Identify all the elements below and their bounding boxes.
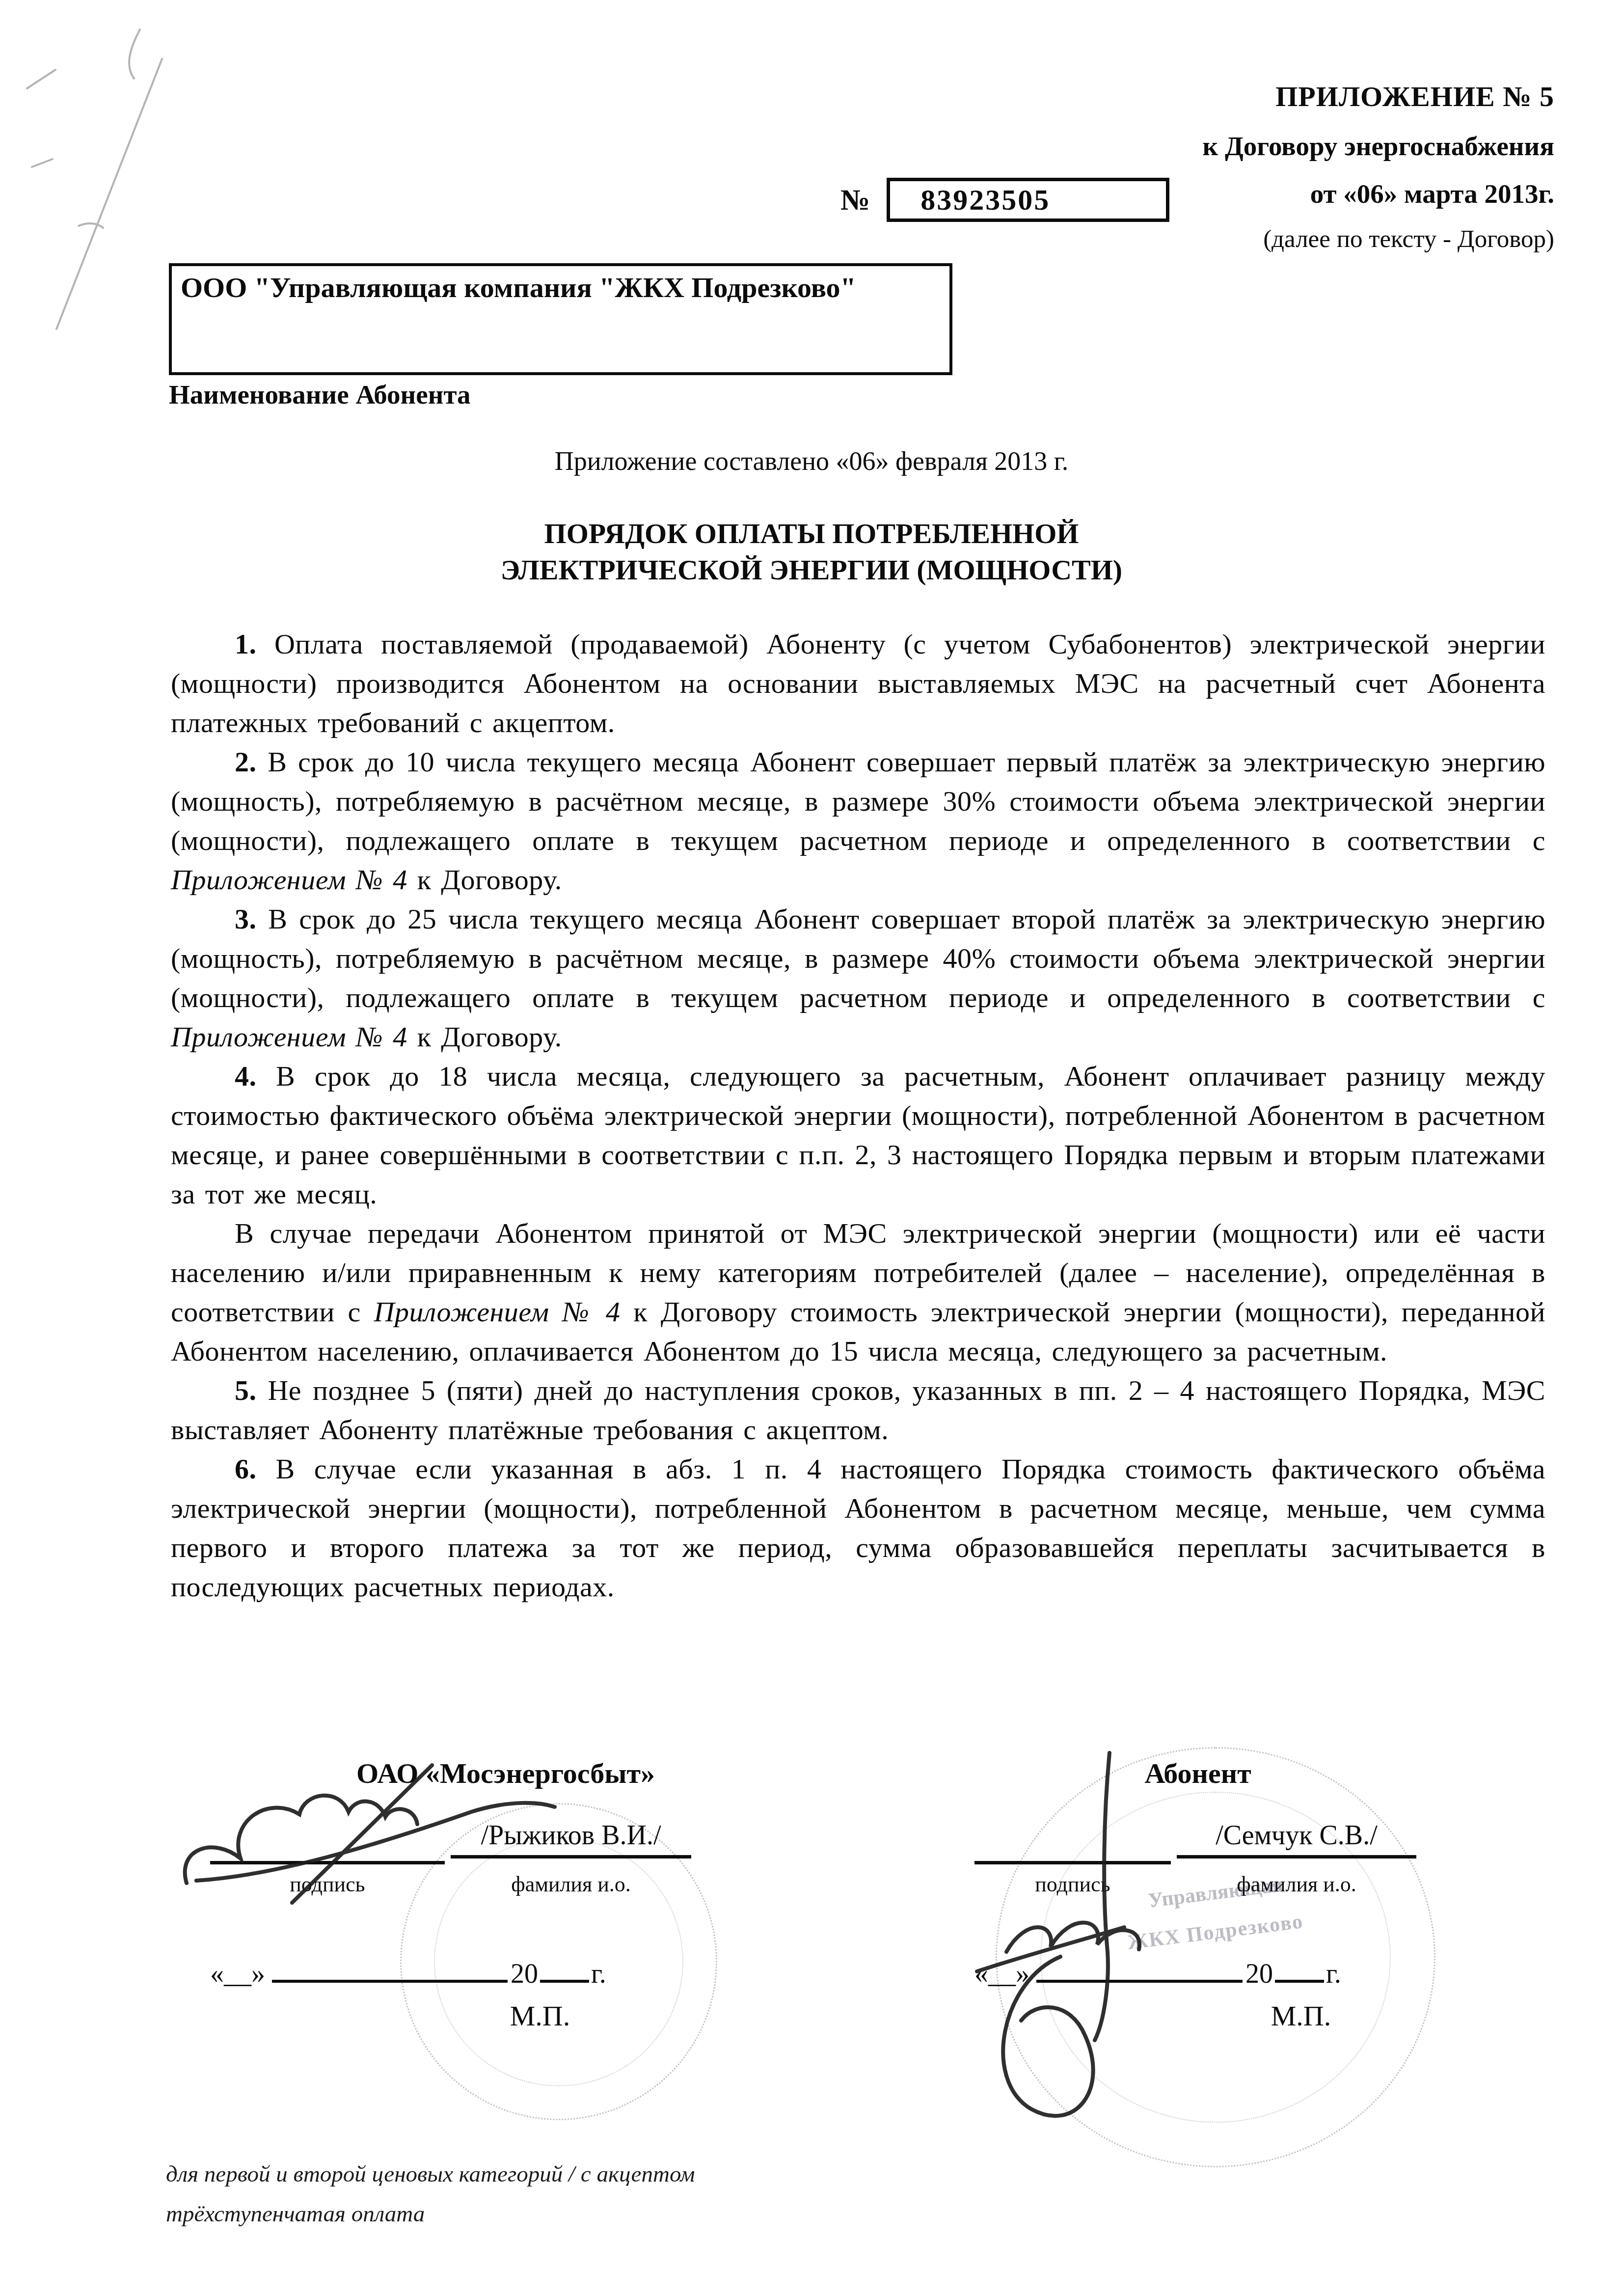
- signature-left: [167, 1758, 668, 1905]
- paragraph-number: 4.: [235, 1060, 257, 1092]
- footer-note-line1: для первой и второй ценовых категорий / …: [166, 2155, 695, 2194]
- date-open: «__»: [210, 1959, 265, 1989]
- contract-reference: к Договору энергоснабжения: [1203, 133, 1554, 160]
- footer-note: для первой и второй ценовых категорий / …: [166, 2155, 695, 2234]
- contract-note: (далее по тексту - Договор): [1203, 227, 1554, 252]
- paragraph: 6. В случае если указанная в абз. 1 п. 4…: [171, 1449, 1545, 1607]
- doc-title-line2: ЭЛЕКТРИЧЕСКОЙ ЭНЕРГИИ (МОЩНОСТИ): [0, 552, 1623, 588]
- document-page: ПРИЛОЖЕНИЕ № 5 к Договору энергоснабжени…: [0, 0, 1623, 2296]
- subscriber-name-box: ООО "Управляющая компания "ЖКХ Подрезков…: [169, 263, 952, 375]
- paragraph: 2. В срок до 10 числа текущего месяца Аб…: [171, 742, 1545, 900]
- body-text: 1. Оплата поставляемой (продаваемой) Або…: [171, 625, 1545, 1607]
- contract-date: от «06» марта 2013г.: [1203, 180, 1554, 207]
- doc-title-line1: ПОРЯДОК ОПЛАТЫ ПОТРЕБЛЕННОЙ: [0, 516, 1623, 552]
- paragraph-number: 2.: [235, 746, 257, 778]
- compiled-line: Приложение составлено «06» февраля 2013 …: [0, 446, 1623, 476]
- paragraph-number: 6.: [235, 1453, 257, 1485]
- seal-label-right: М.П.: [1227, 1999, 1375, 2032]
- paragraph: 4. В срок до 18 числа месяца, следующего…: [171, 1057, 1545, 1214]
- paragraph: 5. Не позднее 5 (пяти) дней до наступлен…: [171, 1371, 1545, 1449]
- date-year: 20: [511, 1959, 538, 1989]
- paragraph: 3. В срок до 25 числа текущего месяца Аб…: [171, 900, 1545, 1057]
- contract-number: 83923505: [920, 183, 1050, 217]
- doc-title: ПОРЯДОК ОПЛАТЫ ПОТРЕБЛЕННОЙ ЭЛЕКТРИЧЕСКО…: [0, 516, 1623, 588]
- header-block: ПРИЛОЖЕНИЕ № 5 к Договору энергоснабжени…: [1203, 82, 1554, 252]
- paragraph-number: 3.: [235, 903, 257, 935]
- contract-number-row: № 83923505: [840, 178, 1169, 222]
- date-blank: [272, 1974, 508, 1983]
- signature-right: [947, 1746, 1222, 2153]
- subscriber-caption: Наименование Абонента: [169, 379, 471, 410]
- paragraph-number: 5.: [235, 1374, 257, 1406]
- date-blank: [540, 1974, 589, 1983]
- contract-number-box: 83923505: [887, 178, 1169, 222]
- date-blank: [1275, 1974, 1324, 1983]
- paragraph: 1. Оплата поставляемой (продаваемой) Або…: [171, 625, 1545, 742]
- footer-note-line2: трёхступенчатая оплата: [166, 2194, 695, 2234]
- date-year: 20: [1245, 1959, 1273, 1989]
- date-line-left: «__»20г.: [210, 1958, 606, 1990]
- date-suffix: г.: [1326, 1959, 1341, 1989]
- paragraph-number: 1.: [235, 628, 257, 660]
- seal-label-left: М.П.: [466, 1999, 614, 2032]
- date-suffix: г.: [591, 1959, 606, 1989]
- subscriber-name: ООО "Управляющая компания "ЖКХ Подрезков…: [181, 271, 941, 304]
- paragraph: В случае передачи Абонентом принятой от …: [171, 1214, 1545, 1371]
- appendix-title: ПРИЛОЖЕНИЕ № 5: [1203, 82, 1554, 111]
- number-label: №: [840, 183, 870, 217]
